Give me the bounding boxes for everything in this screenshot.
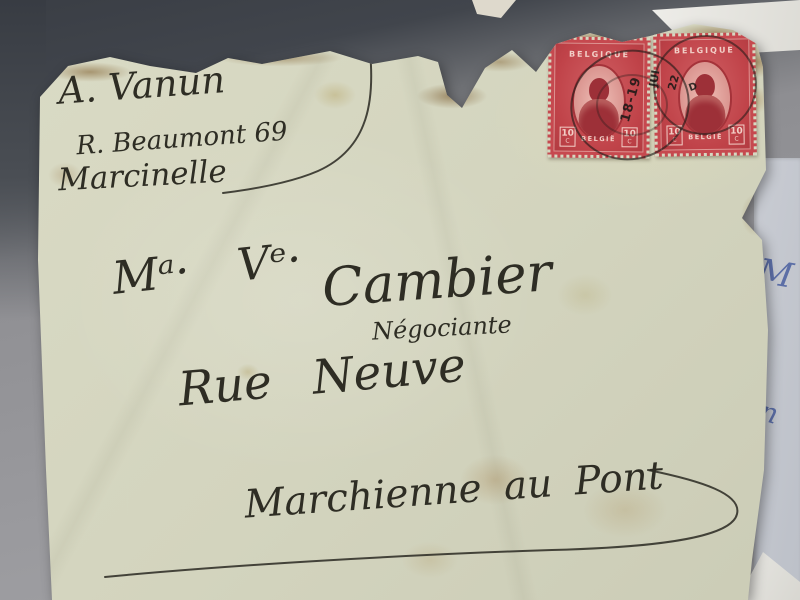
envelope-wrapper: A. Vanun R. Beaumont 69 Marcinelle Mᵃ· V… xyxy=(0,0,800,600)
stamp-currency: C xyxy=(561,139,575,145)
envelope: A. Vanun R. Beaumont 69 Marcinelle Mᵃ· V… xyxy=(0,0,800,600)
stamp-currency: C xyxy=(730,136,744,142)
ink-flourish-bracket xyxy=(223,42,371,193)
stamp-value-box-left: 10 C xyxy=(559,127,575,147)
